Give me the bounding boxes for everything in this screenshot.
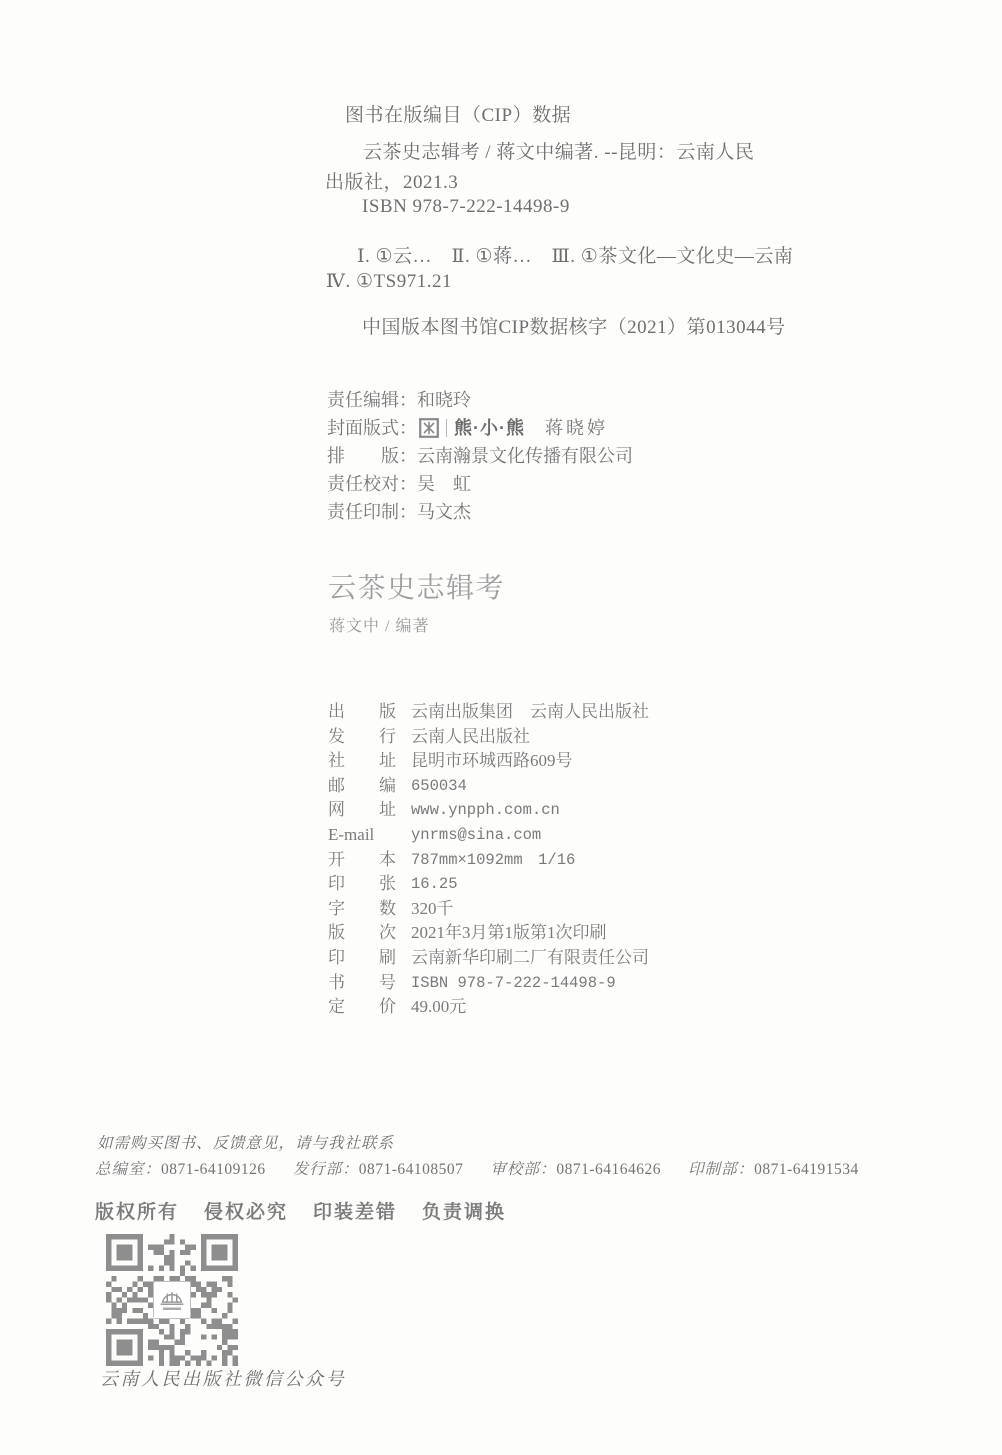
colophon-label: 社 址 [328,749,396,774]
colophon-row: 社 址 昆明市环城西路609号 [328,749,649,774]
colophon-value: 650034 [411,774,467,799]
cip-classification-line1: Ⅰ. ①云… Ⅱ. ①蒋… Ⅲ. ①茶文化—文化史—云南 [357,241,793,268]
staff-row-proofreader: 责任校对： 吴 虹 [327,470,633,498]
colophon-label: 印 刷 [328,946,396,971]
copyright-phrase: 侵权必究 [204,1197,288,1224]
cip-entry-line2: 出版社，2021.3 [325,167,458,194]
colophon-row: 网 址 www.ynpph.com.cn [328,798,649,823]
cip-heading: 图书在版编目（CIP）数据 [345,100,571,127]
phone-number: 0871-64109126 [161,1161,266,1178]
colophon-value: 云南出版集团 云南人民出版社 [411,700,649,725]
colophon-label: 邮 编 [328,774,396,799]
colophon-label: 出 版 [328,700,396,725]
colophon-row: 印 刷 云南新华印刷二厂有限责任公司 [328,946,649,971]
colophon-row: E-mail ynrms@sina.com [328,823,649,848]
colophon-value: 16.25 [411,872,458,897]
colophon-label: 开 本 [328,848,396,873]
colophon-label: 字 数 [328,897,396,922]
editor-name: 和晓玲 [417,386,471,414]
phone-entry: 发行部：0871-64108507 [293,1157,464,1179]
colophon-row: 邮 编 650034 [328,774,649,799]
cip-classification-line2: Ⅳ. ①TS971.21 [326,270,452,293]
copyright-phrase: 印装差错 [313,1197,397,1224]
design-studio-name: 熊·小·熊 [454,414,525,442]
book-title: 云茶史志辑考 [328,566,505,606]
colophon-row: 出 版 云南出版集团 云南人民出版社 [328,700,649,725]
staff-row-typesetting: 排 版： 云南瀚景文化传播有限公司 [327,442,633,470]
colophon-value: 云南新华印刷二厂有限责任公司 [411,946,649,971]
typesetting-label: 排 版： [327,442,417,470]
proofreader-label: 责任校对： [327,470,417,498]
colophon-row: 字 数 320千 [328,897,649,922]
colophon-label: 书 号 [328,971,396,996]
department-name: 总编室： [95,1161,161,1178]
phone-number: 0871-64164626 [556,1161,661,1178]
copyright-phrase: 版权所有 [95,1197,179,1224]
colophon-value: www.ynpph.com.cn [411,798,560,823]
colophon-value: 云南人民出版社 [411,725,530,750]
proofreader-name: 吴 虹 [417,470,471,498]
staff-row-cover-design: 封面版式： 熊·小·熊 蒋晓婷 [327,414,633,442]
cover-design-label: 封面版式： [327,414,417,442]
cip-record-number: 中国版本图书馆CIP数据核字（2021）第013044号 [362,312,786,339]
copyright-page: 图书在版编目（CIP）数据 云茶史志辑考 / 蒋文中编著. --昆明：云南人民 … [0,0,1002,1455]
copyright-phrase: 负责调换 [422,1197,506,1224]
print-supervisor-name: 马文杰 [417,498,471,526]
studio-seal-icon [419,418,439,438]
colophon-label: 定 价 [328,995,396,1020]
colophon-value: ynrms@sina.com [411,823,541,848]
colophon-value: ISBN 978-7-222-14498-9 [411,971,616,996]
department-name: 发行部： [293,1161,359,1178]
colophon-value: 昆明市环城西路609号 [411,749,573,774]
colophon-row: 版 次 2021年3月第1版第1次印刷 [328,921,649,946]
colophon-label: 印 张 [328,872,396,897]
colophon-value: 2021年3月第1版第1次印刷 [411,921,607,946]
colophon-row: 书 号 ISBN 978-7-222-14498-9 [328,971,649,996]
staff-block: 责任编辑： 和晓玲 封面版式： 熊·小·熊 蒋晓婷 排 版： 云南瀚景文化传播有… [327,386,633,526]
seal-divider [446,419,447,437]
copyright-notice: 版权所有 侵权必究 印装差错 负责调换 [95,1197,506,1224]
department-name: 审校部： [490,1161,556,1178]
colophon-value: 320千 [411,897,454,922]
colophon-value: 49.00元 [411,995,466,1020]
editor-label: 责任编辑： [327,386,417,414]
colophon-label: 版 次 [328,921,396,946]
colophon-value: 787mm×1092mm 1/16 [411,848,575,873]
colophon-row: 定 价 49.00元 [328,995,649,1020]
cip-entry-line1: 云茶史志辑考 / 蒋文中编著. --昆明：云南人民 [363,137,754,164]
phone-entry: 审校部：0871-64164626 [490,1157,661,1179]
cover-designer-name: 蒋晓婷 [545,414,608,442]
colophon-label: 发 行 [328,725,396,750]
colophon-row: 开 本 787mm×1092mm 1/16 [328,848,649,873]
colophon-label: 网 址 [328,798,396,823]
colophon-row: 发 行 云南人民出版社 [328,725,649,750]
phone-entry: 印制部：0871-64191534 [688,1157,859,1179]
staff-row-editor: 责任编辑： 和晓玲 [327,386,633,414]
colophon-label: E-mail [328,823,396,848]
colophon-list: 出 版 云南出版集团 云南人民出版社 发 行 云南人民出版社 社 址 昆明市环城… [328,700,649,1020]
phone-entry: 总编室：0871-64109126 [95,1157,266,1179]
department-name: 印制部： [688,1161,754,1178]
typesetting-company: 云南瀚景文化传播有限公司 [417,442,633,470]
phone-number: 0871-64108507 [359,1161,464,1178]
phone-number: 0871-64191534 [754,1161,859,1178]
contact-note: 如需购买图书、反馈意见，请与我社联系 [97,1131,394,1153]
cip-isbn: ISBN 978-7-222-14498-9 [362,196,570,218]
print-supervisor-label: 责任印制： [327,498,417,526]
colophon-row: 印 张 16.25 [328,872,649,897]
book-author: 蒋文中 / 编著 [329,613,429,636]
contact-phone-list: 总编室：0871-64109126 发行部：0871-64108507 审校部：… [95,1157,859,1179]
wechat-qr-code [106,1234,238,1366]
wechat-qr-caption: 云南人民出版社微信公众号 [100,1365,346,1391]
staff-row-print-supervisor: 责任印制： 马文杰 [327,498,633,526]
